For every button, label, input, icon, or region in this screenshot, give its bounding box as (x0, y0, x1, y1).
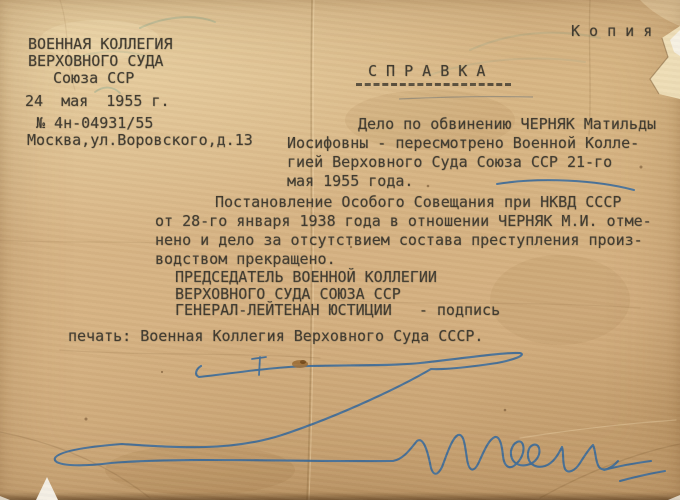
pen-tick (252, 357, 266, 375)
paper-defect-spot (300, 360, 306, 364)
paragraph-case-reviewed: Дело по обвинению ЧЕРНЯК Матильды Иосифо… (287, 115, 656, 191)
signature-block: ПРЕДСЕДАТЕЛЬ ВОЕННОЙ КОЛЛЕГИИ ВЕРХОВНОГО… (175, 269, 500, 319)
copy-label: К о п и я (571, 22, 652, 40)
body-line: Иосифовны - пересмотрено Военной Колле- (287, 134, 656, 153)
letterhead-org-line-1: ВОЕННАЯ КОЛЛЕГИЯ (28, 36, 253, 53)
faint-pencil-line (399, 97, 533, 99)
torn-edge-backing (670, 30, 680, 56)
body-line: нено и дело за отсутствием состава прест… (155, 231, 652, 250)
bottom-corner-edge (0, 496, 10, 500)
signature-title-line: ВЕРХОВНОГО СУДА СОЮЗА ССР (175, 286, 500, 303)
letterhead-date: 24 мая 1955 г. (25, 93, 253, 110)
letterhead-org-line-2: ВЕРХОВНОГО СУДА (28, 53, 253, 70)
body-line: гией Верховного Суда Союза ССР 21-го (287, 153, 656, 172)
letterhead-address: Москва,ул.Воровского,д.13 (27, 132, 253, 149)
paper-stain (105, 445, 295, 495)
paper-defect-spot (292, 360, 308, 368)
doc-title: С П Р А В К А (356, 62, 511, 86)
body-line: Постановление Особого Совещания при НКВД… (155, 193, 652, 212)
torn-notch-bottom-left (36, 477, 58, 500)
torn-edge-right (650, 26, 680, 99)
pen-flourish (55, 353, 618, 474)
body-line: Дело по обвинению ЧЕРНЯК Матильды (287, 115, 656, 134)
signature-title-line: ПРЕДСЕДАТЕЛЬ ВОЕННОЙ КОЛЛЕГИИ (175, 269, 500, 286)
seal-line: печать: Военная Коллегия Верховного Суда… (68, 327, 483, 345)
bottom-corner-edge (668, 495, 680, 500)
body-line: мая 1955 года. (287, 172, 656, 191)
letterhead-case-number: № 4н-04931/55 (36, 115, 253, 132)
letterhead-org-line-3: Союза ССР (28, 70, 253, 87)
body-line: от 28-го января 1938 года в отношении ЧЕ… (155, 212, 652, 231)
letterhead-block: ВОЕННАЯ КОЛЛЕГИЯ ВЕРХОВНОГО СУДА Союза С… (28, 36, 253, 149)
pen-end-dashes (604, 461, 665, 481)
paper-sheet: К о п и я С П Р А В К А ВОЕННАЯ КОЛЛЕГИЯ… (0, 0, 680, 500)
paragraph-decision-annulled: Постановление Особого Совещания при НКВД… (155, 193, 652, 269)
bottom-edge-shadow (0, 492, 680, 500)
body-line: водством прекращено. (155, 250, 652, 269)
torn-edge-shadow (650, 38, 668, 94)
signature-title-line: ГЕНЕРАЛ-ЛЕЙТЕНАН ЮСТИЦИИ - подпись (175, 302, 500, 319)
